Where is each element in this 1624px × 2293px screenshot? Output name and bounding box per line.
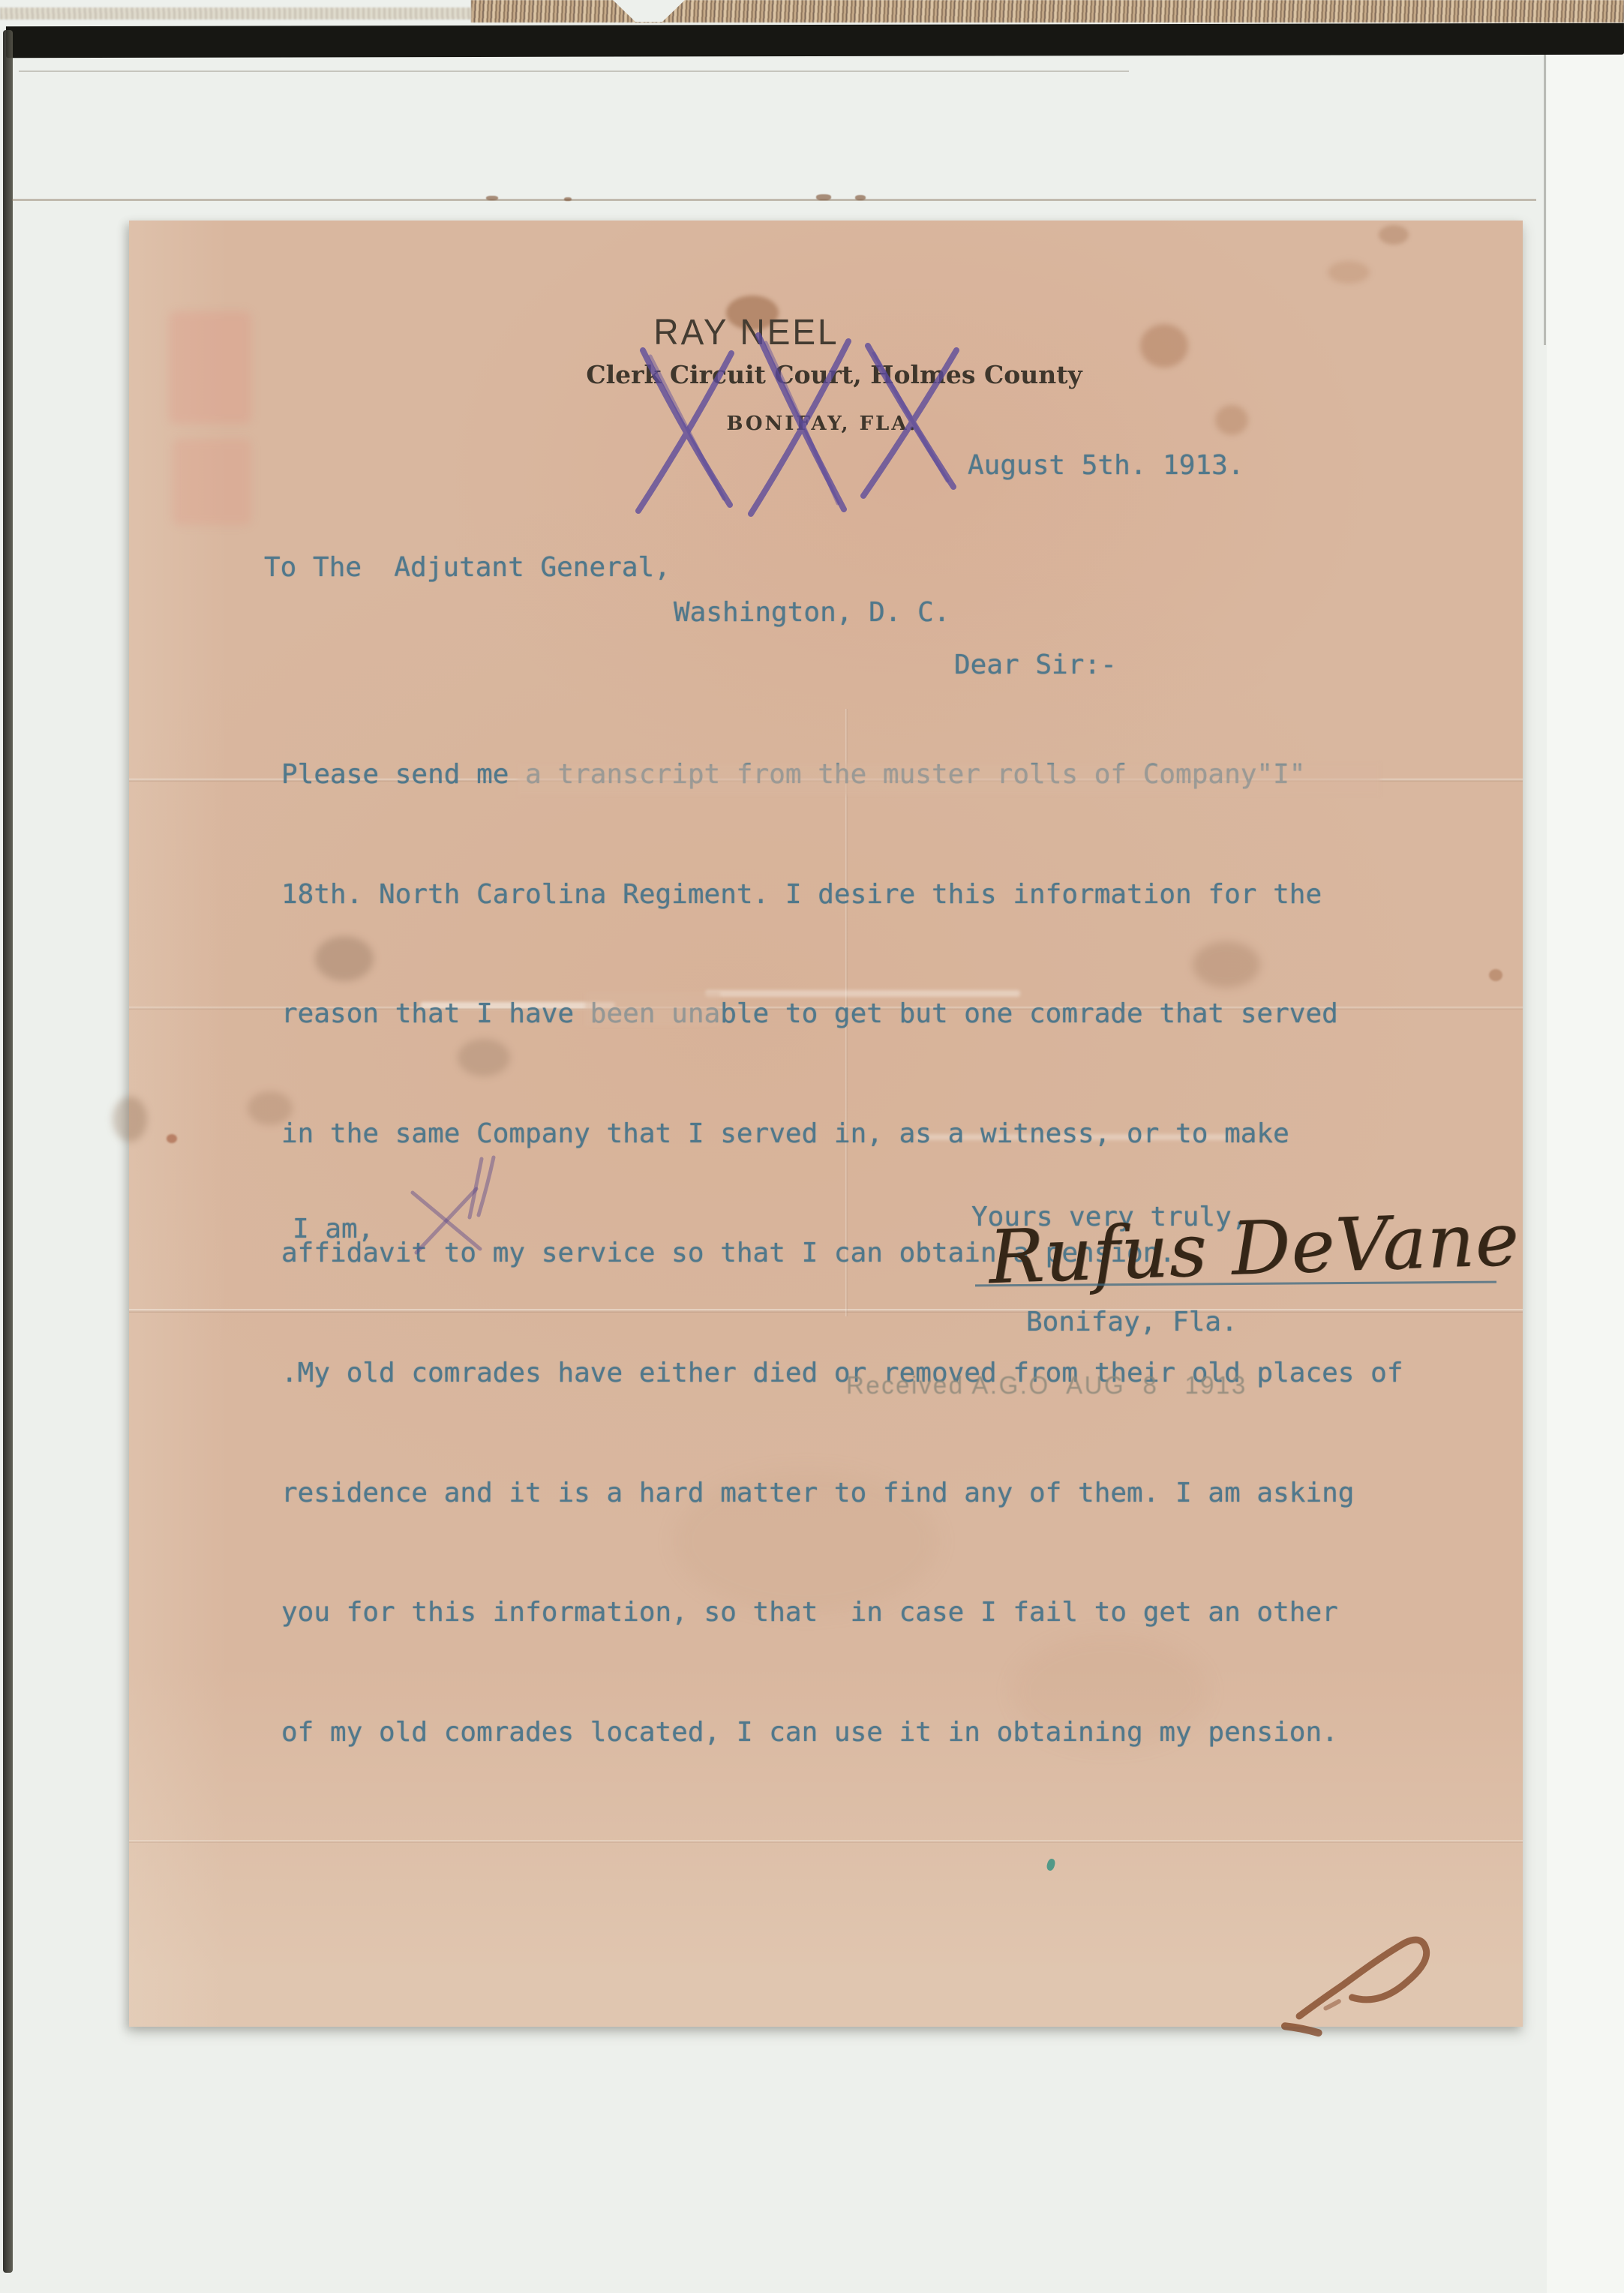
debris-speck	[855, 195, 866, 200]
faded-ink-patch	[585, 992, 720, 1026]
red-bleedthrough-mark	[173, 439, 251, 525]
scan-black-bar	[6, 23, 1624, 59]
scanner-edge-line	[1544, 30, 1546, 345]
red-bleedthrough-mark	[169, 311, 251, 424]
body-line: residence and it is a hard matter to fin…	[281, 1464, 1403, 1523]
salutation: Dear Sir:-	[954, 650, 1117, 680]
fold-crease	[129, 1840, 1523, 1843]
stain	[113, 1097, 147, 1142]
faded-ink-patch	[518, 764, 1380, 795]
body-line: reason that I have been unable to get bu…	[281, 985, 1403, 1043]
rust-speck	[167, 1134, 177, 1143]
received-stamp: Received A.G.O AUG 8 1913	[846, 1371, 1247, 1400]
stain	[1379, 225, 1409, 245]
recipient-line-1: To The Adjutant General,	[264, 552, 671, 583]
recipient-line-2: Washington, D. C.	[674, 597, 950, 628]
scanner-right-strip	[1547, 0, 1624, 2293]
scanned-document: RAY NEEL Clerk Circuit Court, Holmes Cou…	[0, 0, 1624, 2293]
body-line: you for this information, so that in cas…	[281, 1583, 1403, 1642]
pencil-scribble-marks	[398, 1151, 593, 1256]
date-line: August 5th. 1913.	[968, 450, 1244, 481]
sleeve-edge-line	[19, 71, 1129, 72]
stain	[1215, 405, 1248, 435]
stain	[1328, 261, 1370, 284]
closing-left: I am,	[293, 1214, 374, 1244]
paperclip-rust-stain	[1268, 1919, 1455, 2043]
body-line: of my old comrades located, I can use it…	[281, 1703, 1403, 1762]
sleeve-edge-line-2	[12, 199, 1536, 201]
pen-cross-out-marks	[619, 319, 971, 521]
stain	[1140, 324, 1188, 368]
rust-speck	[1489, 969, 1502, 981]
debris-speck	[564, 197, 572, 201]
debris-speck	[816, 194, 831, 200]
body-line: 18th. North Carolina Regiment. I desire …	[281, 866, 1403, 924]
torn-edge-texture-left	[0, 8, 473, 20]
signature-place: Bonifay, Fla.	[1026, 1307, 1238, 1337]
debris-speck	[486, 196, 498, 200]
scan-left-edge-line	[3, 30, 13, 2273]
